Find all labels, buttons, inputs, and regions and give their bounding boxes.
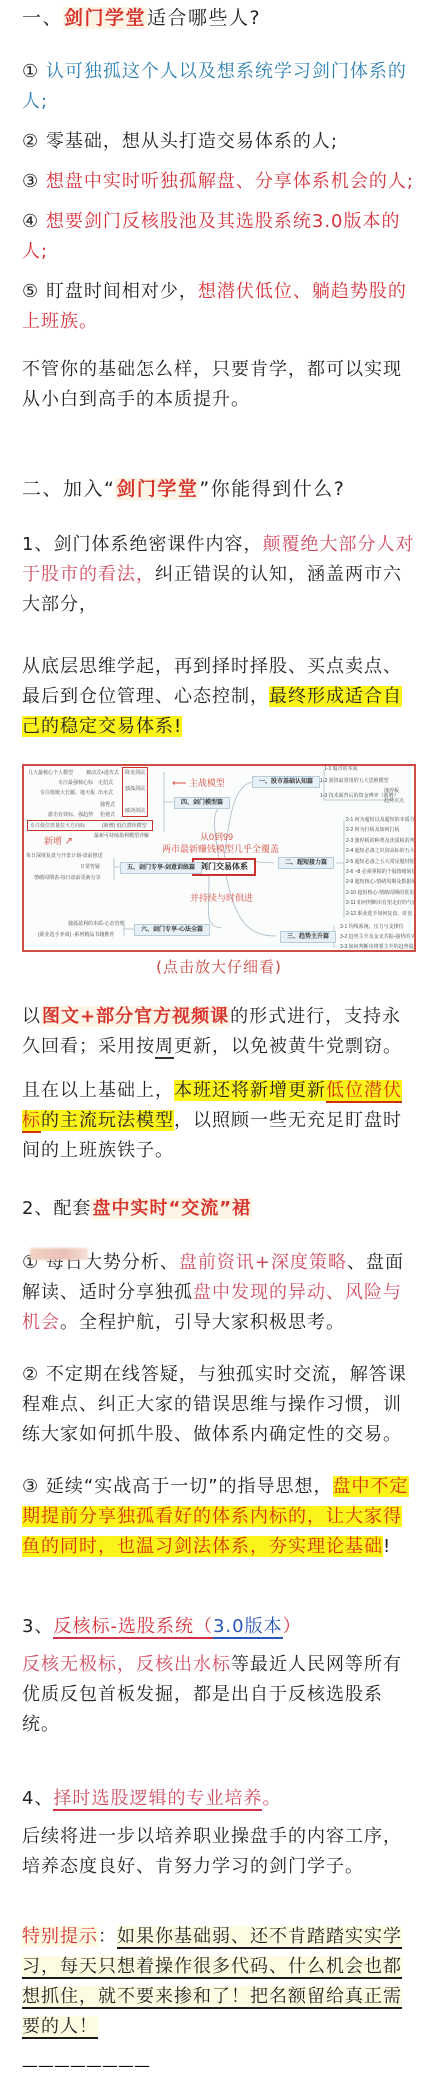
section2-title: 二、加入“剑门学堂”你能得到什么? (22, 473, 416, 502)
mindmap-leaf: 趋势买点 (384, 798, 404, 805)
point1-lead: 1、剑门体系绝密课件内容， (22, 534, 262, 555)
format-paragraph: 以图文+部分官方视频课的形式进行，支持永久回看；采用按周更新，以免被黄牛党剽窃。 (22, 1002, 416, 1062)
point3-close: ） (283, 1616, 302, 1637)
mindmap-leaf: 2-2 何为打板及如何打板 (346, 827, 400, 834)
point3-title: 3、反核标-选股系统（3.0版本） (22, 1612, 416, 1642)
mindmap-leaf: 出水式 (98, 790, 113, 797)
section1-item-1: ① 认可独孤这个人以及想系统学习剑门体系的人; (22, 57, 416, 117)
section2-title-prefix: 二、加入“ (22, 478, 115, 500)
main-model-highlight-box (122, 767, 148, 817)
mindmap-leaf: 专注低吸大长腿、地天板 (40, 790, 95, 797)
mindmap-leaf: 3-2 趋势主升及金叉共振-强势的买点方法 (340, 934, 416, 941)
mindmap-leaf: 日常答疑 (80, 864, 100, 871)
point4-body: 后续将进一步以培养职业操盘手的内容工序，培养态度良好、肯努力学习的剑门学子。 (22, 1822, 416, 1882)
point2-lead: 2、配套 (22, 1198, 91, 1219)
point4-title: 4、择时选股逻辑的专业培养。 (22, 1784, 416, 1814)
coverage-annotation-1: 从0到99 (200, 832, 233, 843)
mindmap-leaf: 2-10 超短核心-情绪周期的常见冷点与拐点 (346, 890, 416, 897)
new-model-highlight: 本班还将新增更新 (174, 1080, 326, 1101)
item-number: ② (22, 1364, 39, 1385)
new-annotation: 新增 ↗ (44, 836, 73, 847)
mindmap-leaf: 涨停板 (384, 788, 399, 795)
new-model-paragraph: 且在以上基础上，本班还将新增更新低位潜伏标的主流玩法模型，以照顾一些无充足盯盘时… (22, 1076, 416, 1166)
brand-name-highlight: 剑门学堂 (115, 478, 199, 500)
main-model-annotation: ⟵ 主战模型 (172, 778, 225, 789)
point2-item-3: ③ 延续“实战高于一切”的指导思想，盘中不定期提前分享独孤看好的体系内标的，让大… (22, 1472, 416, 1562)
mindmap-leaf: 1-1 股市的本质 (324, 766, 358, 773)
point2-item-1: ① 每日大势分析、盘前资讯+深度策略、盘面解读、适时分享独孤盘中发现的异动、风险… (22, 1248, 416, 1338)
mindmap-leaf: (职业选手养成) -系列精品书籍推荐 (38, 932, 114, 939)
point2-title: 2、配套盘中实时“交流”裙 (22, 1194, 416, 1224)
blurred-redaction (30, 1248, 88, 1260)
point4-lead: 4、 (22, 1788, 53, 1809)
point4-title-text: 择时选股逻辑的专业培养 (53, 1788, 262, 1811)
mindmap-leaf: 情绪周期表-每日盘前更新分享 (34, 875, 101, 882)
new-model-highlight-2: 的主流玩法模型 (41, 1110, 174, 1131)
item-text: 认可独孤这个人以及想系统学习剑门体系的人; (22, 61, 407, 112)
mindmap-leaf: 1-2 游资最常用的五大思维模型 (320, 778, 389, 785)
section1-item-2: ② 零基础，想从头打造交易体系的人; (22, 127, 416, 157)
point3-body: 反核无极标，反核出水标等最近人民网等所有优质反包首板发掘，都是出自于反核选股系统… (22, 1650, 416, 1740)
item-text: 。全程护航，引导大家积极思考。 (60, 1312, 345, 1333)
mindmap-leaf: 几大最核心个人模型 (28, 770, 73, 777)
mindmap-leaf: 2-1 何为超短以及超短的本质分解 (346, 817, 416, 824)
notice-colon: ： (98, 1926, 117, 1947)
section2-title-suffix: ”你能得到什么? (199, 478, 345, 500)
mindmap-leaf: 2-6 ~8 必须掌握的个股情绪转折判断 (346, 869, 416, 876)
point4-end: 。 (262, 1788, 281, 1809)
mindmap-branch-4: 四、剑门模型篇 (174, 797, 230, 809)
mindmap-branch-6: 六、剑门专享-心法全篇 (134, 924, 210, 936)
mindmap-leaf: 2-3 涨停板的种类及优质板的判断 (346, 838, 416, 845)
learning-path-paragraph: 从底层思维学起，再到择时择股、买点卖点、最后到仓位管理、心态控制，最终形成适合自… (22, 652, 416, 742)
mindmap-leaf: 2-5 超短必备之五大常见题材轮动方式 (346, 859, 416, 866)
mindmap-leaf: 独孤盈利的本质-心态管理 (68, 921, 125, 928)
item-text: 想要剑门反核股池及其选股系统3.0版本的人; (22, 211, 401, 262)
item-text: 不定期在线答疑，与独孤实时交流，解答课程难点、纠正大家的错误思维与操作习惯，训练… (22, 1364, 407, 1445)
mindmap-leaf: 最新可持续盈利模型详解 (94, 833, 149, 840)
mindmap-leaf: 2-4 超短必备之识别高标的五大重要形态 (346, 848, 416, 855)
item-text: 想盘中实时听独孤解盘、分享体系机会的人; (46, 171, 414, 192)
new-model-highlight-box (27, 820, 153, 831)
section1-item-4: ④ 想要剑门反核股池及其选股系统3.0版本的人; (22, 207, 416, 267)
weekly-underlined: 周 (155, 1036, 174, 1059)
mindmap-caption[interactable]: (点击放大仔细看) (22, 956, 416, 978)
section1-title-prefix: 一、 (22, 7, 63, 29)
point3-lead: 3、 (22, 1616, 53, 1637)
divider-dashes: ———————— (22, 2056, 416, 2080)
point2-item-2: ② 不定期在线答疑，与独孤实时交流，解答课程难点、纠正大家的错误思维与操作习惯，… (22, 1360, 416, 1450)
item-number: ② (22, 131, 39, 152)
mindmap-leaf: 2-11 如何判断出有望走好的气质个股 (346, 900, 416, 907)
item-number: ⑤ (22, 281, 39, 302)
format-rest-2: 更新，以免被黄牛党剽窃。 (174, 1036, 402, 1057)
item-text: 零基础，想从头打造交易体系的人; (46, 131, 338, 152)
mindmap-leaf: 3-1 均线系统、压力与支撑位 (340, 924, 404, 931)
section1-closing: 不管你的基础怎么样，只要肯学，都可以实现从小白到高手的本质提升。 (22, 355, 416, 415)
mindmap-branch-2: 二、超短接力篇 (278, 857, 334, 869)
special-notice: 特别提示：如果你基础弱、还不肯踏踏实实学习，每天只想着操作很多代码、什么机会也都… (22, 1922, 416, 2042)
chat-group-highlight: 盘中实时“交流”裙 (91, 1198, 252, 1219)
format-highlight: 图文+部分官方视频课 (41, 1006, 230, 1027)
mindmap-leaf: 每日深度复盘与开盘计划-盘前推送 (26, 853, 103, 860)
item-number: ③ (22, 171, 39, 192)
point1-paragraph: 1、剑门体系绝密课件内容，颠覆绝大部分人对于股市的看法，纠正错误的认知，涵盖两市… (22, 530, 416, 620)
section1-item-5: ⑤ 盯盘时间相对少，想潜伏低位、躺趋势股的上班族。 (22, 277, 416, 337)
point3-version: 3.0版本 (213, 1616, 283, 1639)
section1-title: 一、剑门学堂适合哪些人? (22, 2, 416, 31)
mindmap-branch-3: 三、趋势主升篇 (280, 931, 336, 943)
item-text-plain: 盯盘时间相对少， (46, 281, 198, 302)
brand-name-highlight: 剑门学堂 (63, 7, 147, 29)
mindmap-branch-1: 一、股市基础认知篇 (252, 776, 320, 788)
item-text: 延续“实战高于一切”的指导思想， (46, 1476, 333, 1497)
item-number: ① (22, 61, 39, 82)
mindmap-leaf: 独秀式 (100, 802, 115, 809)
item-emphasis: 盘前资讯+深度策略 (179, 1252, 347, 1273)
format-lead: 以 (22, 1006, 41, 1027)
coverage-annotation-2: 两市最新赚钱模型几乎全覆盖 (162, 844, 279, 855)
mindmap-leaf: 3-3 如何判断出将要主升的趋势股时 (340, 944, 416, 951)
point3-title-red: 反核标-选股系统（ (53, 1616, 213, 1639)
mindmap-leaf: 松弛式 (100, 812, 115, 819)
item-number: ④ (22, 211, 39, 232)
point3-emphasis: 反核无极标，反核出水标 (22, 1654, 231, 1675)
new-model-lead: 且在以上基础上， (22, 1080, 174, 1101)
main-model-label: 主战模型 (189, 778, 225, 788)
mindmap-leaf: 2-9 超短核心-情绪周期及数据统计 (346, 879, 416, 886)
section1-item-3: ③ 想盘中实时听独孤解盘、分享体系机会的人; (22, 167, 416, 197)
mindmap-branch-5: 五、剑门专享-剑意训练篇 (120, 862, 202, 874)
mindmap-leaf: 2-12 职业选手如何复盘、盯盘 (346, 911, 412, 918)
item-end: ! (383, 1536, 391, 1557)
mindmap-leaf: 游击有效标、强趋势 (48, 812, 93, 819)
article-page: 一、剑门学堂适合哪些人? ① 认可独孤这个人以及想系统学习剑门体系的人; ② 零… (0, 2, 438, 2080)
new-label: 新增 (44, 836, 62, 846)
progress-annotation: 并持续与时俱进 (190, 893, 253, 904)
item-number: ③ (22, 1476, 39, 1497)
mindmap-leaf: 专注最强核心标 (58, 780, 93, 787)
mindmap-leaf: 无招式 (98, 780, 113, 787)
notice-label: 特别提示 (22, 1926, 98, 1947)
mindmap-image[interactable]: 剑门交易体系 一、股市基础认知篇 1-1 股市的本质 1-2 游资最常用的五大思… (22, 764, 416, 952)
section1-title-suffix: 适合哪些人? (147, 7, 261, 29)
mindmap-leaf: 被动式+进攻式 (86, 770, 119, 777)
